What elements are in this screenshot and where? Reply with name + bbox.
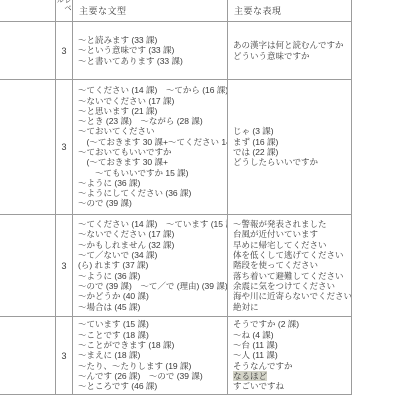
text-line: ～人 (11 課) [233,350,350,360]
text-line: ～てください (14 課) ～ています (15 課) [78,219,226,229]
text-line: (～ておきます 30 課+～てください 14 課) [78,137,226,147]
header-patterns-label: 主要な文型 [73,0,228,22]
text-line: そうですか (2 課) [233,319,350,329]
expressions-cell: ～警報が発表されました台風が近付いています早めに帰宅してください体を低くして逃げ… [228,215,352,317]
text-line: ～警報が発表されました [233,219,350,229]
text-line: ～まえに (18 課) [78,350,226,360]
text-line: ～たり、～たりします (19 課) [78,361,226,371]
text-line: ～とき (23 課) ～ながら (28 課) [78,116,226,126]
expressions-cell: そうですか (2 課)～ね (4 課)～台 (11 課)～人 (11 課)そうな… [228,317,352,395]
text-line: ～という意味です (33 課) [78,45,226,55]
text-line: ～台 (11 課) [233,340,350,350]
text-line: 早めに帰宅してください [233,240,350,250]
table-row: 3 ～と読みます (33 課)～という意味です (33 課)～と書いてあります … [0,22,352,80]
document-page: レベル 主要な文型 主要な表現 3 ～と読みます (33 課)～という意味です … [0,0,400,400]
level-value: 3 [56,215,73,317]
text-line: ～ことができます (18 課) [78,340,226,350]
text-line: 落ち着いて避難してください [233,271,350,281]
empty-cell [0,22,56,80]
empty-cell [0,215,56,317]
text-line: ～てもいいですか 15 課) [78,168,226,178]
header-empty-cell [0,0,56,22]
text-line: ～ようにしてください (36 課) [78,188,226,198]
patterns-cell: ～てください (14 課) ～ています (15 課)～ないでください (17 課… [73,215,228,317]
text-line: ～ように (36 課) [78,178,226,188]
text-line: どういう意味ですか [233,51,350,61]
header-expressions-label: 主要な表現 [228,0,352,22]
text-line: ～と書いてあります (33 課) [78,56,226,66]
text-line: ～ことです (18 課) [78,330,226,340]
text-line: 体を低くして逃げてください [233,250,350,260]
text-line: (ら) れます (37 課) [78,260,226,270]
text-line: ～場合は (45 課) [78,302,226,312]
empty-cell [0,80,56,215]
text-line: 海や川に近寄らないでください [233,291,350,301]
text-line: じゃ (3 課) [233,126,350,136]
text-line: ～て／ないで (34 課) [78,250,226,260]
patterns-cell: ～と読みます (33 課)～という意味です (33 課)～と書いてあります (3… [73,22,228,80]
text-line: そうなんですか [233,361,350,371]
header-level-label: レベル [57,0,72,17]
text-line: ～てください (14 課) ～てから (16 課) [78,85,226,95]
header-level-cell: レベル [56,0,73,22]
text-line: ～ておいてください [78,126,226,136]
level-value: 3 [56,22,73,80]
text-line: ～かどうか (40 課) [78,291,226,301]
patterns-cell: ～てください (14 課) ～てから (16 課)～ないでください (17 課)… [73,80,228,215]
table-row: 3 ～ています (15 課)～ことです (18 課)～ことができます (18 課… [0,317,352,395]
level-value: 3 [56,317,73,395]
text-line: 絶対に [233,302,350,312]
text-line: では (22 課) [233,147,350,157]
text-line: ～ところです (46 課) [78,381,226,391]
text-line: ～ね (4 課) [233,330,350,340]
text-line: ～ています (15 課) [78,319,226,329]
text-line: ～かもしれません (32 課) [78,240,226,250]
patterns-cell: ～ています (15 課)～ことです (18 課)～ことができます (18 課)～… [73,317,228,395]
text-line: 台風が近付いています [233,229,350,239]
level-value: 3 [56,80,73,215]
text-line: 余震に気をつけてください [233,281,350,291]
text-line: ～ので (39 課) ～て／で (理由) (39 課) [78,281,226,291]
expressions-cell: じゃ (3 課)まず (16 課)では (22 課)どうしたらいいですか [228,80,352,215]
text-line: ～んです (26 課) ～ので (39 課) [78,371,226,381]
text-line: 階段を使ってください [233,260,350,270]
highlighted-text: なるほど [233,371,267,381]
text-line: まず (16 課) [233,137,350,147]
text-line: ～ないでください (17 課) [78,96,226,106]
text-line: ～と思います (21 課) [78,106,226,116]
table-row: 3 ～てください (14 課) ～ています (15 課)～ないでください (17… [0,215,352,317]
empty-cell [0,317,56,395]
grammar-table: レベル 主要な文型 主要な表現 3 ～と読みます (33 課)～という意味です … [0,0,352,395]
text-line: (～ておきます 30 課+ [78,157,226,167]
table-header-row: レベル 主要な文型 主要な表現 [0,0,352,22]
text-line: すごいですね [233,381,350,391]
text-line: ～ないでください (17 課) [78,229,226,239]
text-line: ～ように (36 課) [78,271,226,281]
expressions-cell: あの漢字は何と読むんですかどういう意味ですか [228,22,352,80]
text-line: なるほど [233,371,350,381]
text-line: ～ておいてもいいですか [78,147,226,157]
table-row: 3 ～てください (14 課) ～てから (16 課)～ないでください (17 … [0,80,352,215]
text-line: あの漢字は何と読むんですか [233,40,350,50]
text-line: ～と読みます (33 課) [78,35,226,45]
text-line: ～ので (39 課) [78,198,226,208]
text-line: どうしたらいいですか [233,157,350,167]
